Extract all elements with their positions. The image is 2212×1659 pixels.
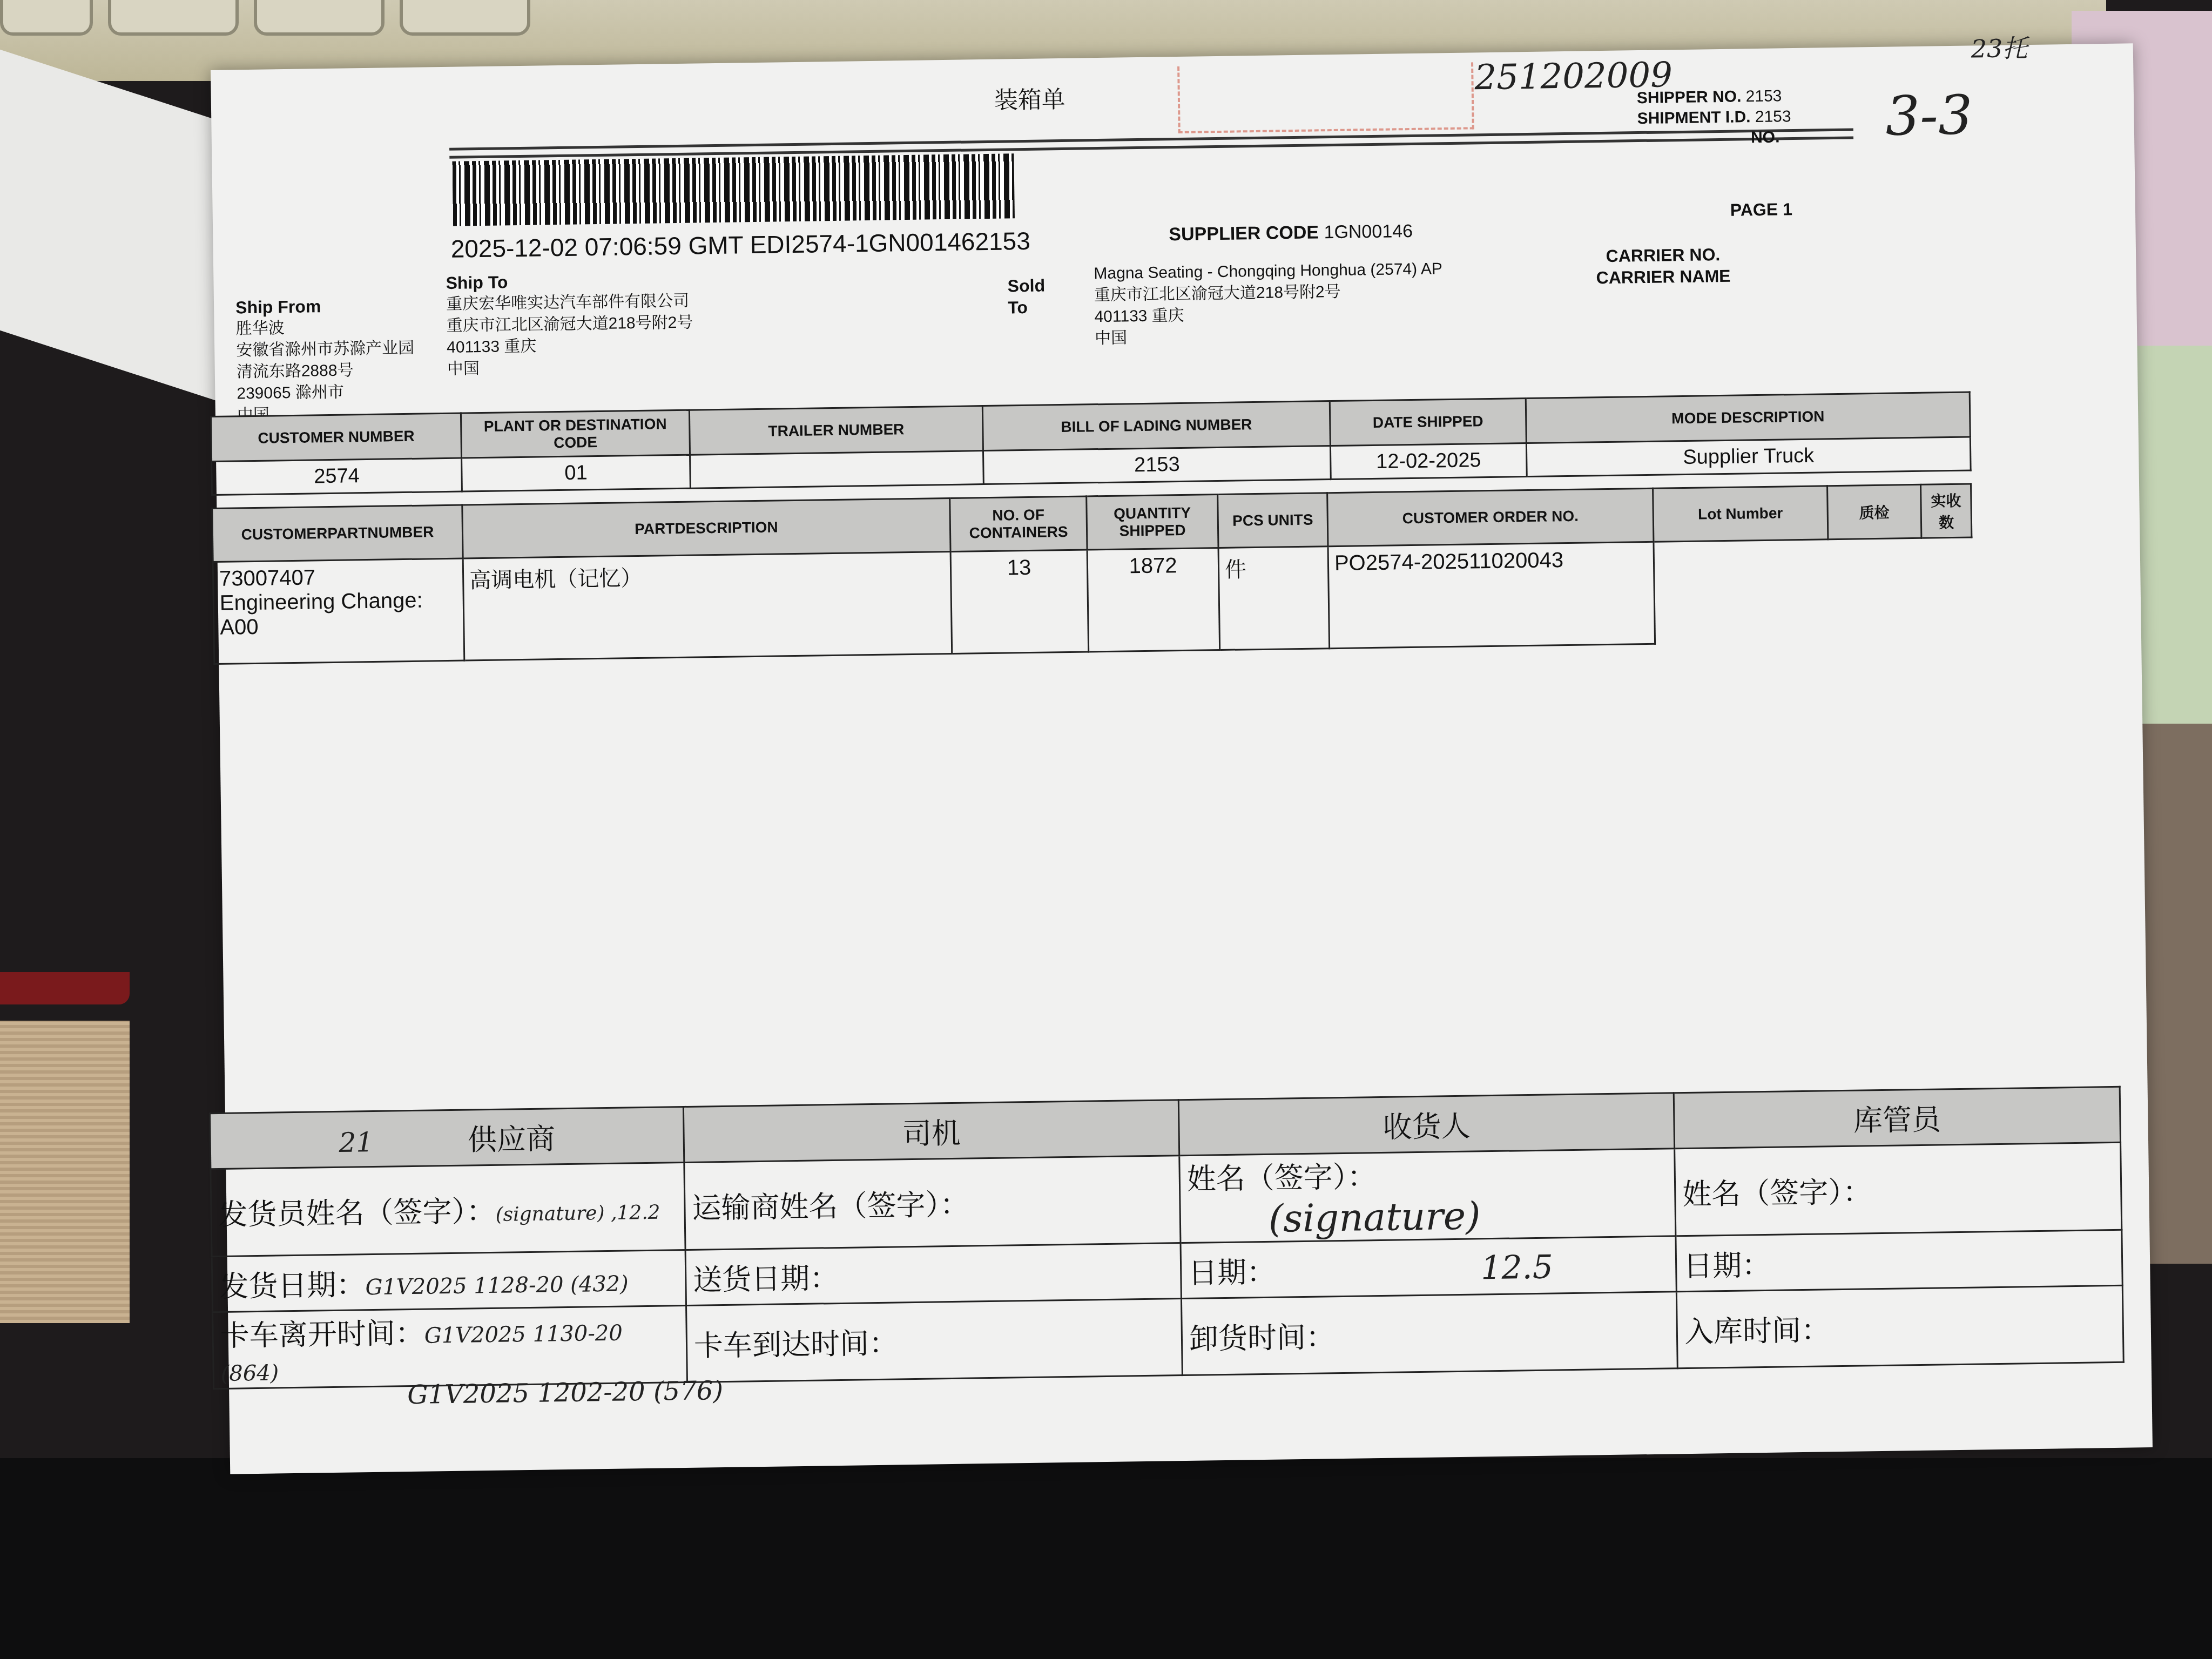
supplier-code-label: SUPPLIER CODE [1169, 222, 1319, 245]
page-number: PAGE 1 [1730, 199, 1793, 220]
receiver-date-label: 日期： [1188, 1256, 1276, 1289]
col-lot-number: Lot Number [1653, 486, 1828, 542]
col-date-shipped: DATE SHIPPED [1330, 399, 1526, 446]
trailer-number [690, 451, 984, 489]
ship-date-label: 发货日期： [219, 1269, 366, 1303]
truck-arrival-cell: 卡车到达时间： [686, 1299, 1183, 1382]
carrier-block: CARRIER NO. CARRIER NAME [1596, 244, 1731, 288]
packing-list-document: 装箱单 251202009 23托 3-3 2025-12-02 07:06:5… [211, 43, 2153, 1474]
part-number: 73007407 [219, 564, 457, 591]
handwritten-page-fraction: 3-3 [1885, 83, 1973, 147]
col-mode-description: MODE DESCRIPTION [1526, 392, 1970, 443]
carrier-no-label: CARRIER NO. [1596, 244, 1730, 267]
engineering-change-label: Engineering Change: [219, 588, 457, 616]
handwritten-supplier-mark: 21 [339, 1126, 373, 1158]
mode-description: Supplier Truck [1526, 437, 1971, 476]
shipment-id: 2153 [1755, 107, 1791, 126]
sold-label: Sold [1007, 274, 1045, 296]
col-customer-order: CUSTOMER ORDER NO. [1327, 488, 1654, 546]
keyboard-key [400, 0, 530, 36]
keyboard-key [108, 0, 239, 36]
col-bill-of-lading: BILL OF LADING NUMBER [982, 401, 1330, 451]
unload-time-cell: 卸货时间： [1181, 1292, 1677, 1375]
ship-to-line: 401133 重庆 [447, 334, 693, 359]
ship-from-label: Ship From [235, 294, 414, 319]
delivery-date-cell: 送货日期： [685, 1243, 1181, 1306]
signature-table: 21 供应商 司机 收货人 库管员 发货员姓名（签字）：(signature) … [209, 1086, 2125, 1390]
document-title: 装箱单 [994, 80, 1065, 116]
shipment-header-table: CUSTOMER NUMBER PLANT OR DESTINATION COD… [210, 392, 1972, 496]
truck-departure-label: 卡车离开时间： [220, 1317, 424, 1352]
shipper-name-label: 发货员姓名（签字）： [218, 1195, 496, 1231]
truck-departure-cell: 卡车离开时间：G1V2025 1130-20 (864) [213, 1305, 687, 1388]
ship-from-line: 239065 滁州市 [237, 381, 415, 405]
col-warehouse: 库管员 [1674, 1087, 2120, 1149]
ship-from-line: 安徽省滁州市苏滁产业园 [236, 338, 415, 362]
received-qty [1921, 537, 1973, 640]
carrier-name-label: CARRIER NAME [1596, 265, 1730, 288]
receiver-date-cell: 日期：12.5 [1181, 1236, 1676, 1299]
pcs-units: 件 [1218, 547, 1330, 650]
customer-order-no: PO2574-202511020043 [1328, 542, 1655, 648]
underlying-paper [0, 50, 227, 404]
barcode-text: 2025-12-02 07:06:59 GMT EDI2574-1GN00146… [450, 226, 1030, 264]
desk-wood [0, 1021, 130, 1323]
shipment-id-label: SHIPMENT I.D. [1637, 108, 1750, 127]
ship-to-line: 重庆宏华唯实达汽车部件有限公司 [446, 291, 693, 315]
col-qc: 质检 [1827, 484, 1921, 539]
col-containers: NO. OF CONTAINERS [950, 496, 1087, 552]
handwritten-pallet-count: 23托 [1971, 29, 2027, 65]
part-number-cell: 73007407 Engineering Change: A00 [213, 558, 464, 664]
col-receiver: 收货人 [1178, 1093, 1674, 1156]
red-stamp [1177, 62, 1474, 133]
shipper-no: 2153 [1745, 87, 1782, 105]
ship-to-line: 中国 [447, 355, 693, 380]
col-trailer-number: TRAILER NUMBER [689, 406, 983, 455]
col-pcs-units: PCS UNITS [1218, 493, 1328, 548]
carrier-name-cell: 运输商姓名（签字）： [684, 1156, 1181, 1250]
col-supplier: 21 供应商 [210, 1107, 684, 1169]
lot-number [1654, 539, 1830, 644]
part-description: 高调电机（记忆） [463, 551, 952, 660]
quantity-shipped: 1872 [1087, 548, 1220, 652]
engineering-change: A00 [220, 612, 458, 640]
sold-to: Magna Seating - Chongqing Honghua (2574)… [1094, 258, 1444, 349]
stock-in-time-cell: 入库时间： [1676, 1285, 2123, 1368]
ship-date-cell: 发货日期：G1V2025 1128-20 (432) [212, 1250, 686, 1312]
no-label: NO. [1637, 127, 1792, 150]
handwritten-ship-date: G1V2025 1128-20 (432) [365, 1271, 629, 1300]
receiver-signature: (signature) [1268, 1193, 1481, 1240]
ship-to-line: 重庆市江北区渝冠大道218号附2号 [446, 312, 693, 337]
desk-bottom [0, 1458, 2212, 1659]
shipper-no-label: SHIPPER NO. [1637, 87, 1742, 107]
handwritten-extra-line: G1V2025 1202-20 (576) [407, 1375, 723, 1410]
col-customer-number: CUSTOMER NUMBER [211, 413, 461, 461]
shipper-signature: (signature) ,12.2 [495, 1202, 660, 1226]
supplier-header: 供应商 [468, 1123, 556, 1156]
col-quantity-shipped: QUANTITY SHIPPED [1087, 495, 1218, 550]
supplier-code-value: 1GN00146 [1324, 221, 1413, 242]
containers: 13 [950, 550, 1089, 654]
shipper-block: SHIPPER NO. 2153 SHIPMENT I.D. 2153 NO. [1637, 86, 1792, 150]
warehouse-name-cell: 姓名（签字）： [1675, 1142, 2122, 1236]
bill-of-lading-number: 2153 [983, 446, 1331, 484]
ship-from-line: 清流东路2888号 [237, 359, 415, 383]
col-driver: 司机 [683, 1100, 1179, 1163]
to-label: To [1008, 296, 1046, 318]
ship-to-label: Ship To [446, 269, 692, 294]
receiver-name-cell: 姓名（签字）：(signature) [1179, 1149, 1676, 1243]
handwritten-receiver-date: 12.5 [1481, 1248, 1554, 1287]
receiver-name-label: 姓名（签字）： [1186, 1161, 1377, 1196]
keyboard-key [0, 0, 93, 36]
items-table: CUSTOMERPARTNUMBER PARTDESCRIPTION NO. O… [211, 483, 1974, 665]
customer-number: 2574 [212, 458, 462, 495]
col-plant-code: PLANT OR DESTINATION CODE [461, 410, 690, 458]
supplier-code: SUPPLIER CODE 1GN00146 [1169, 221, 1413, 245]
col-received: 实收数 [1921, 484, 1972, 538]
ship-from-line: 胜华波 [235, 316, 414, 340]
shipper-name-cell: 发货员姓名（签字）：(signature) ,12.2 [211, 1162, 685, 1256]
desk-red-edge [0, 972, 130, 1004]
sold-to-label: Sold To [1007, 274, 1045, 318]
qc [1828, 538, 1923, 641]
warehouse-date-cell: 日期： [1676, 1230, 2122, 1292]
ship-from: Ship From 胜华波 安徽省滁州市苏滁产业园 清流东路2888号 2390… [235, 294, 415, 427]
barcode [452, 153, 1015, 226]
col-customer-part-number: CUSTOMERPARTNUMBER [212, 505, 463, 562]
col-part-description: PARTDESCRIPTION [462, 498, 950, 558]
plant-code: 01 [462, 455, 691, 491]
date-shipped: 12-02-2025 [1330, 443, 1527, 480]
ship-to: Ship To 重庆宏华唯实达汽车部件有限公司 重庆市江北区渝冠大道218号附2… [446, 269, 693, 380]
keyboard-key [254, 0, 385, 36]
